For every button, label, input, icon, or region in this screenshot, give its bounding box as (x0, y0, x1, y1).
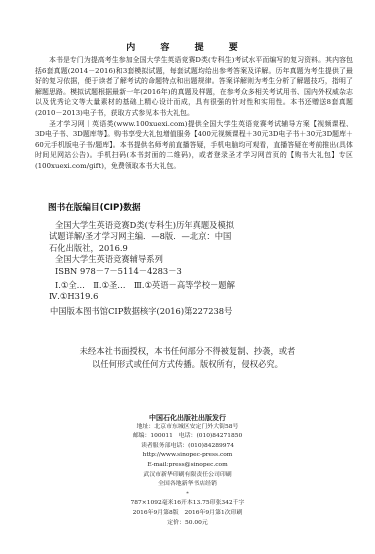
abstract-paragraph: 圣才学习网｜英语类(www.100xuexi.com)提供全国大学生英语竞赛考试… (35, 119, 353, 172)
publisher-edition: 2016年9月第8版 2016年9月第1次印刷 (0, 509, 375, 519)
cip-classification-line: Ⅰ.①全… Ⅱ.①圣… Ⅲ.①英语－高等学校－题解 (49, 280, 235, 291)
abstract-title: 内 容 提 要 (0, 40, 375, 53)
cip-record-line: 石化出版社，2016.9 (49, 243, 279, 254)
copyright-line: 未经本社书面授权，本书任何部分不得被复制、抄袭，或者 (0, 345, 375, 358)
abstract-body: 本书是专门为提高考生参加全国大学生英语竞赛D类(专科生)考试水平而编写的复习资料… (35, 55, 353, 172)
copyright-line: 以任何形式或任何方式传播。版权所有，侵权必究。 (0, 358, 375, 371)
publisher-distributor: 全国各地新华书店经销 (0, 480, 375, 490)
publisher-info: 中国石化出版社出版发行 地址：北京市东城区安定门外大街58号 邮编：100011… (0, 413, 375, 528)
cip-record-line: 试题详解/圣才学习网主编．—8版．—北京：中国 (49, 231, 279, 242)
cip-heading: 图书在版编目(CIP)数据 (48, 201, 140, 213)
publisher-postcode-phone: 邮编：100011 电话：(010)84271850 (0, 432, 375, 442)
cip-number: 中国版本图书馆CIP数据核字(2016)第227238号 (50, 305, 232, 317)
separator-star: * (0, 490, 375, 500)
abstract-paragraph: 本书是专门为提高考生参加全国大学生英语竞赛D类(专科生)考试水平而编写的复习资料… (35, 55, 353, 119)
cip-classification-line: Ⅳ.①H319.6 (49, 291, 235, 302)
cip-record-line: 全国大学生英语竞赛辅导系列 (49, 254, 279, 265)
cip-classification: Ⅰ.①全… Ⅱ.①圣… Ⅲ.①英语－高等学校－题解 Ⅳ.①H319.6 (49, 280, 235, 303)
copyright-notice: 未经本社书面授权，本书任何部分不得被复制、抄袭，或者 以任何形式或任何方式传播。… (0, 345, 375, 371)
publisher-email: E-mail:press@sinopec.com (0, 461, 375, 471)
publisher-printer: 武汉市新华印刷有限责任公司印刷 (0, 471, 375, 481)
cip-record-line: 全国大学生英语竞赛D类(专科生)历年真题及模拟 (49, 220, 279, 231)
publisher-address: 地址：北京市东城区安定门外大街58号 (0, 423, 375, 433)
cip-record: 全国大学生英语竞赛D类(专科生)历年真题及模拟 试题详解/圣才学习网主编．—8版… (49, 220, 279, 277)
publisher-website: http://www.sinopec-press.com (0, 451, 375, 461)
publisher-name: 中国石化出版社出版发行 (0, 413, 375, 423)
cip-isbn: ISBN 978－7－5114－4283－3 (49, 266, 279, 277)
publisher-format: 787×1092毫米16开本13.75印张342千字 (0, 499, 375, 509)
publisher-price: 定价：50.00元 (0, 519, 375, 529)
publisher-reader-service: 读者服务部电话：(010)84289974 (0, 442, 375, 452)
